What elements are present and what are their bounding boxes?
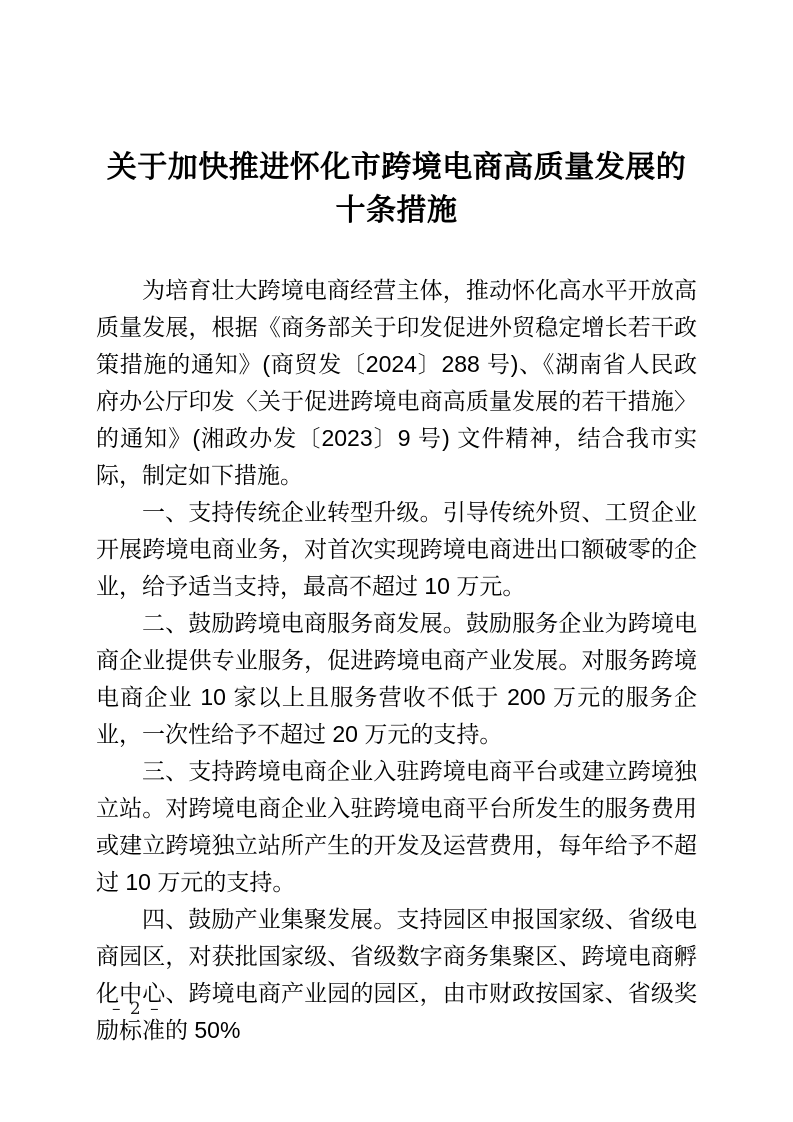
paragraph-measure-2: 二、鼓励跨境电商服务商发展。鼓励服务企业为跨境电商企业提供专业服务，促进跨境电商… xyxy=(96,605,697,753)
document-title-line-1: 关于加快推进怀化市跨境电商高质量发展的 xyxy=(0,146,793,189)
document-title: 关于加快推进怀化市跨境电商高质量发展的 十条措施 xyxy=(0,146,793,232)
paragraph-measure-4: 四、鼓励产业集聚发展。支持园区申报国家级、省级电商园区，对获批国家级、省级数字商… xyxy=(96,901,697,1049)
paragraph-measure-3: 三、支持跨境电商企业入驻跨境电商平台或建立跨境独立站。对跨境电商企业入驻跨境电商… xyxy=(96,753,697,901)
page-number: – 2 – xyxy=(112,999,161,1019)
document-body: 为培育壮大跨境电商经营主体，推动怀化高水平开放高质量发展，根据《商务部关于印发促… xyxy=(96,272,697,1049)
paragraph-measure-1: 一、支持传统企业转型升级。引导传统外贸、工贸企业开展跨境电商业务，对首次实现跨境… xyxy=(96,494,697,605)
document-page: 关于加快推进怀化市跨境电商高质量发展的 十条措施 为培育壮大跨境电商经营主体，推… xyxy=(0,0,793,1122)
paragraph-intro: 为培育壮大跨境电商经营主体，推动怀化高水平开放高质量发展，根据《商务部关于印发促… xyxy=(96,272,697,494)
document-title-line-2: 十条措施 xyxy=(0,189,793,232)
